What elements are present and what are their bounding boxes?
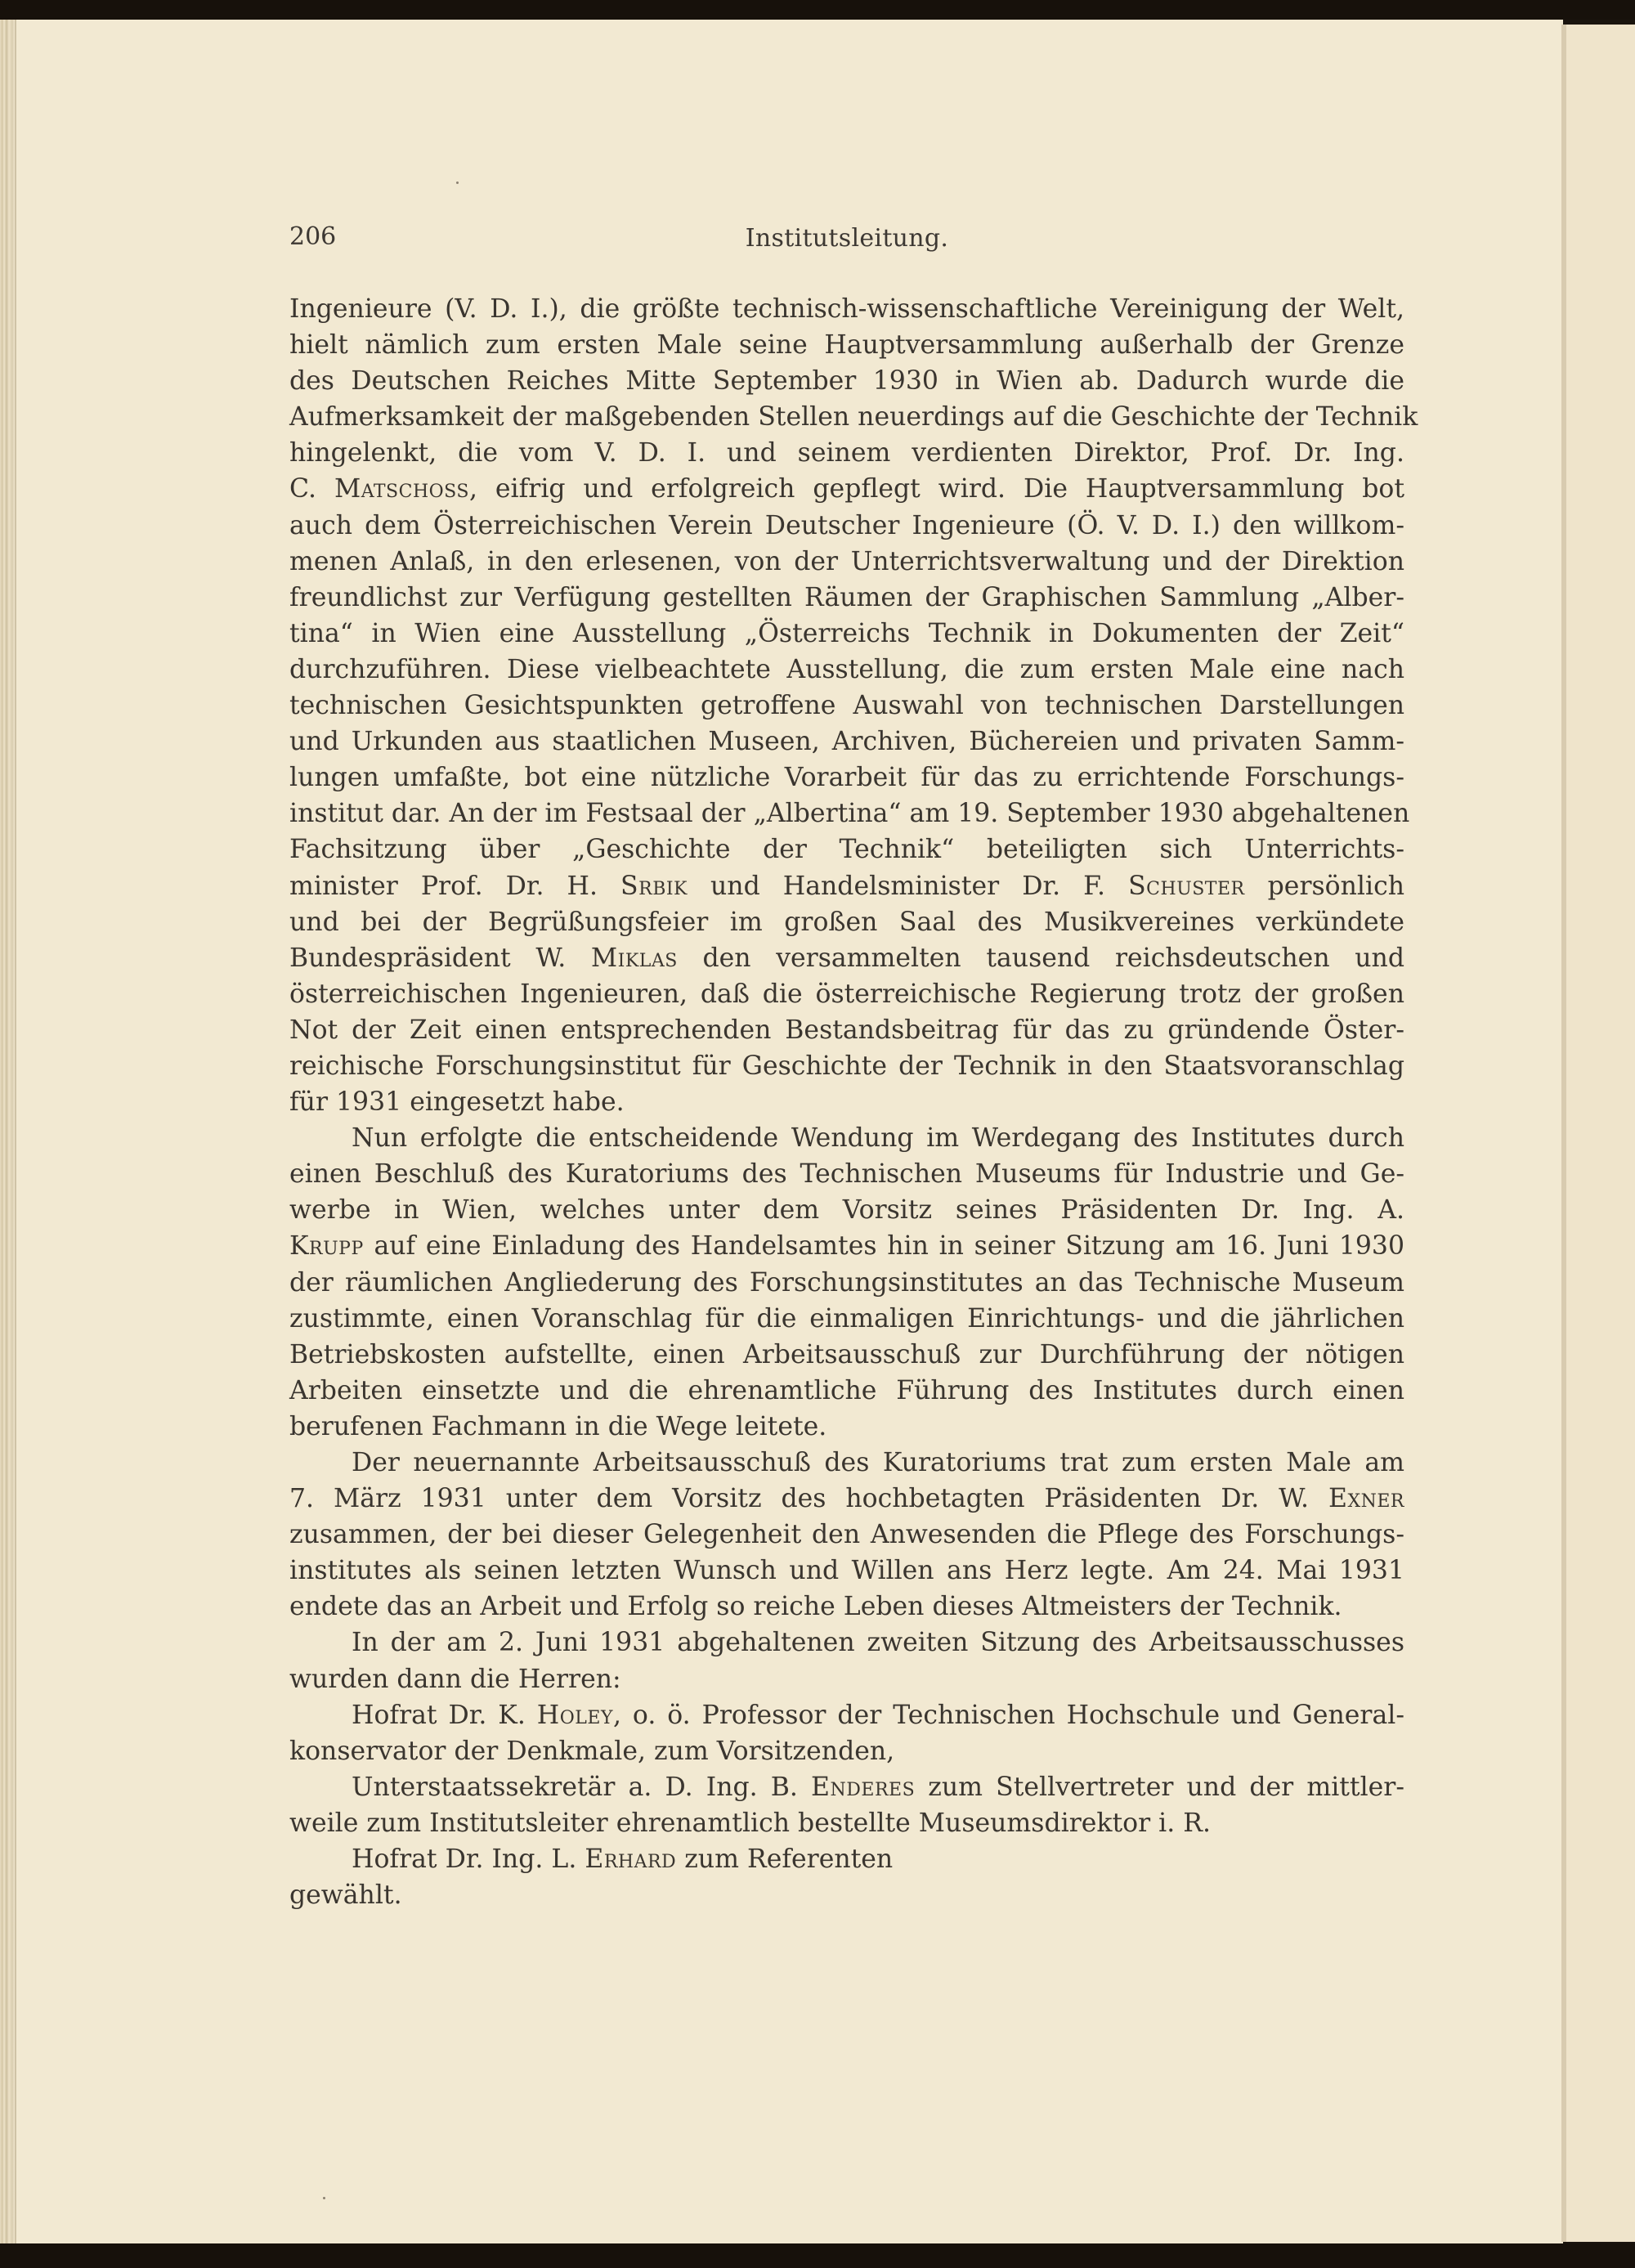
text-line: und Urkunden aus staatlichen Museen, Arc…	[289, 724, 1404, 760]
person-name: Enderes	[811, 1773, 915, 1802]
text-line: Hofrat Dr. Ing. L. Erhard zum Referenten	[289, 1841, 1404, 1877]
text-line: Krupp auf eine Einladung des Handelsamte…	[289, 1228, 1404, 1264]
person-name: Srbik	[620, 872, 688, 901]
person-name: Erhard	[585, 1844, 676, 1874]
text-line: Hofrat Dr. K. Holey, o. ö. Professor der…	[289, 1697, 1404, 1733]
paper-speck	[456, 182, 459, 184]
text-line: minister Prof. Dr. H. Srbik und Handelsm…	[289, 868, 1404, 904]
text-line: Bundespräsident W. Miklas den versammelt…	[289, 940, 1404, 976]
text-line: hielt nämlich zum ersten Male seine Haup…	[289, 327, 1404, 363]
text-line: Fachsitzung über „Geschichte der Technik…	[289, 831, 1404, 867]
page-header: 206 Institutsleitung.	[289, 221, 1404, 253]
text-line: einen Beschluß des Kuratoriums des Techn…	[289, 1156, 1404, 1192]
text-line: 7. März 1931 unter dem Vorsitz des hochb…	[289, 1481, 1404, 1517]
paragraph: Hofrat Dr. Ing. L. Erhard zum Referenten	[289, 1841, 1404, 1877]
text-line: auch dem Österreichischen Verein Deutsch…	[289, 508, 1404, 544]
text-line: und bei der Begrüßungsfeier im großen Sa…	[289, 904, 1404, 940]
text-line: menen Anlaß, in den erlesenen, von der U…	[289, 544, 1404, 580]
text-line: freundlichst zur Verfügung gestellten Rä…	[289, 580, 1404, 616]
text-line: wurden dann die Herren:	[289, 1661, 1404, 1697]
text-line: Unterstaatssekretär a. D. Ing. B. Endere…	[289, 1769, 1404, 1805]
body-text: Ingenieure (V. D. I.), die größte techni…	[289, 291, 1404, 1913]
text-line: österreichischen Ingenieuren, daß die ös…	[289, 976, 1404, 1012]
text-line: tina“ in Wien eine Ausstellung „Österrei…	[289, 616, 1404, 652]
text-line: institut dar. An der im Festsaal der „Al…	[289, 796, 1404, 831]
paragraph: In der am 2. Juni 1931 abgehaltenen zwei…	[289, 1625, 1404, 1697]
text-line: Betriebskosten aufstellte, einen Arbeits…	[289, 1337, 1404, 1373]
running-head: Institutsleitung.	[289, 222, 1404, 255]
page-stack-edges	[0, 20, 15, 2243]
text-line: hingelenkt, die vom V. D. I. und seinem …	[289, 435, 1404, 471]
text-line: konservator der Denkmale, zum Vorsitzend…	[289, 1733, 1404, 1769]
text-line: für 1931 eingesetzt habe.	[289, 1084, 1404, 1120]
text-line: institutes als seinen letzten Wunsch und…	[289, 1553, 1404, 1589]
person-name: Holey	[537, 1701, 613, 1730]
text-line: Not der Zeit einen entsprechenden Bestan…	[289, 1012, 1404, 1048]
text-line: In der am 2. Juni 1931 abgehaltenen zwei…	[289, 1625, 1404, 1661]
text-line: lungen umfaßte, bot eine nützliche Vorar…	[289, 760, 1404, 796]
person-name: Krupp	[289, 1231, 364, 1261]
text-line: werbe in Wien, welches unter dem Vorsitz…	[289, 1192, 1404, 1228]
text-line: Aufmerksamkeit der maßgebenden Stellen n…	[289, 399, 1404, 435]
person-name: Miklas	[591, 944, 678, 973]
text-line: der räumlichen Angliederung des Forschun…	[289, 1265, 1404, 1301]
text-line: zustimmte, einen Voranschlag für die ein…	[289, 1301, 1404, 1337]
paragraph: Unterstaatssekretär a. D. Ing. B. Endere…	[289, 1769, 1404, 1841]
text-line: durchzuführen. Diese vielbeachtete Ausst…	[289, 652, 1404, 688]
text-line: Arbeiten einsetzte und die ehrenamtliche…	[289, 1373, 1404, 1409]
text-line: reichische Forschungsinstitut für Geschi…	[289, 1048, 1404, 1084]
facing-page-edge	[1561, 25, 1635, 2242]
paragraph: Der neuernannte Arbeitsausschuß des Kura…	[289, 1445, 1404, 1625]
text-line: C. Matschoss, eifrig und erfolgreich gep…	[289, 471, 1404, 507]
person-name: Exner	[1328, 1484, 1404, 1513]
person-name: Matschoss	[334, 474, 469, 504]
paragraph: gewählt.	[289, 1877, 1404, 1913]
text-line: technischen Gesichtspunkten getroffene A…	[289, 688, 1404, 724]
paper-speck	[323, 2197, 325, 2199]
scan-background-bottom	[0, 2243, 1635, 2268]
paragraph: Nun erfolgte die entscheidende Wendung i…	[289, 1120, 1404, 1445]
text-line: Ingenieure (V. D. I.), die größte techni…	[289, 291, 1404, 327]
paragraph: Hofrat Dr. K. Holey, o. ö. Professor der…	[289, 1697, 1404, 1769]
scan-background-top	[0, 0, 1635, 20]
text-line: Nun erfolgte die entscheidende Wendung i…	[289, 1120, 1404, 1156]
text-line: gewählt.	[289, 1877, 1404, 1913]
person-name: Schuster	[1128, 872, 1245, 901]
text-line: Der neuernannte Arbeitsausschuß des Kura…	[289, 1445, 1404, 1481]
text-line: zusammen, der bei dieser Gelegenheit den…	[289, 1517, 1404, 1553]
text-line: berufenen Fachmann in die Wege leitete.	[289, 1409, 1404, 1445]
text-line: weile zum Institutsleiter ehrenamtlich b…	[289, 1805, 1404, 1841]
text-line: endete das an Arbeit und Erfolg so reich…	[289, 1589, 1404, 1625]
text-line: des Deutschen Reiches Mitte September 19…	[289, 363, 1404, 399]
paragraph: Ingenieure (V. D. I.), die größte techni…	[289, 291, 1404, 1120]
